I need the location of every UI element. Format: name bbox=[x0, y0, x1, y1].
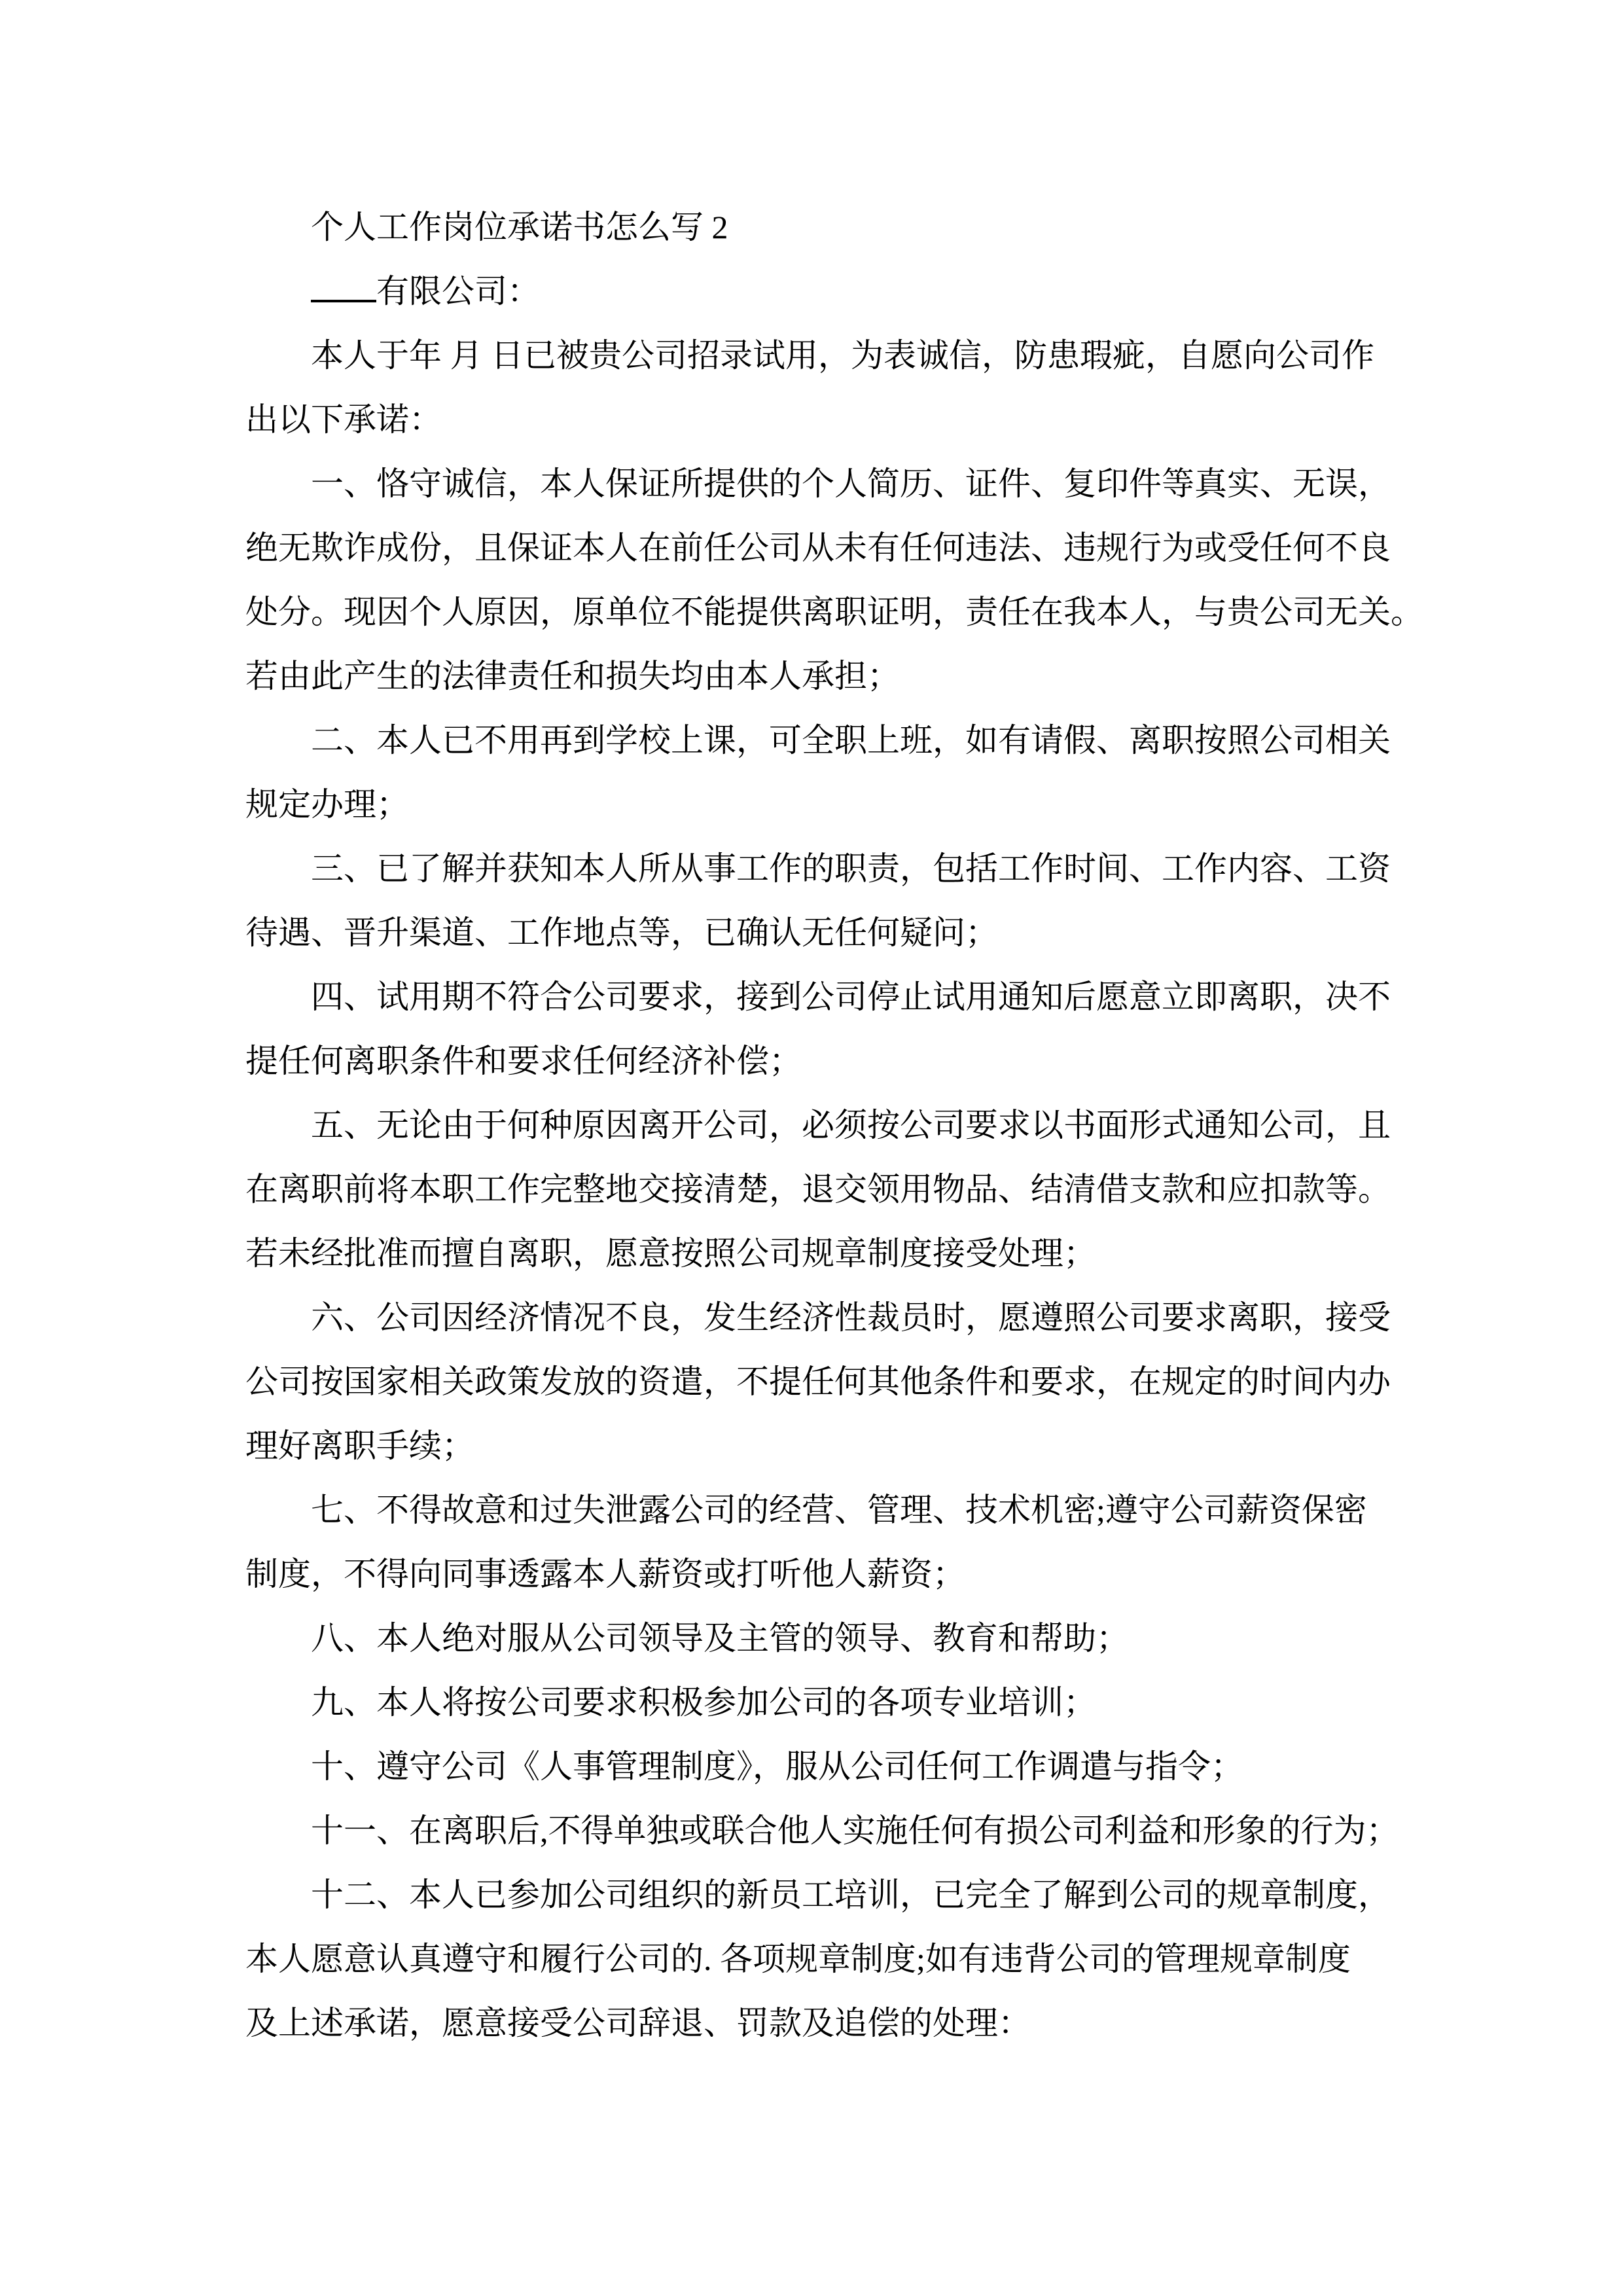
line-text: 规定办理； bbox=[245, 786, 409, 823]
line-text: 若由此产生的法律责任和损失均由本人承担； bbox=[245, 658, 900, 694]
line-text: 八、本人绝对服从公司领导及主管的领导、教育和帮助； bbox=[311, 1620, 1129, 1657]
text-line: 二、本人已不用再到学校上课，可全职上班，如有请假、离职按照公司相关 bbox=[245, 708, 1407, 772]
line-text: 待遇、晋升渠道、工作地点等，已确认无任何疑问； bbox=[245, 914, 998, 951]
line-text: 五、无论由于何种原因离开公司，必须按公司要求以书面形式通知公司，且 bbox=[311, 1107, 1391, 1143]
line-text: 公司按国家相关政策发放的资遣，不提任何其他条件和要求，在规定的时间内办 bbox=[245, 1363, 1391, 1400]
line-text: 本人愿意认真遵守和履行公司的. 各项规章制度;如有违背公司的管理规章制度 bbox=[245, 1941, 1351, 1977]
document-title: 个人工作岗位承诺书怎么写 2 bbox=[245, 195, 1407, 259]
company-line: 有限公司： bbox=[245, 259, 1407, 323]
text-line: 三、已了解并获知本人所从事工作的职责，包括工作时间、工作内容、工资 bbox=[245, 836, 1407, 901]
line-text: 六、公司因经济情况不良，发生经济性裁员时，愿遵照公司要求离职，接受 bbox=[311, 1299, 1391, 1336]
line-text: 十、遵守公司《人事管理制度》，服从公司任何工作调遣与指令； bbox=[311, 1748, 1243, 1785]
line-text: 制度，不得向同事透露本人薪资或打听他人薪资； bbox=[245, 1556, 965, 1592]
line-text: 处分。现因个人原因，原单位不能提供离职证明，责任在我本人，与贵公司无关。 bbox=[245, 594, 1423, 630]
text-line: 在离职前将本职工作完整地交接清楚，退交领用物品、结清借支款和应扣款等。 bbox=[245, 1157, 1407, 1221]
text-line: 七、不得故意和过失泄露公司的经营、管理、技术机密;遵守公司薪资保密 bbox=[245, 1478, 1407, 1542]
line-text: 十一、在离职后,不得单独或联合他人实施任何有损公司利益和形象的行为； bbox=[311, 1812, 1399, 1849]
line-text: 本人于年 月 日已被贵公司招录试用，为表诚信，防患瑕疵，自愿向公司作 bbox=[311, 337, 1374, 374]
line-text: 七、不得故意和过失泄露公司的经营、管理、技术机密;遵守公司薪资保密 bbox=[311, 1492, 1367, 1528]
line-text: 出以下承诺： bbox=[245, 401, 442, 438]
text-line: 若由此产生的法律责任和损失均由本人承担； bbox=[245, 644, 1407, 708]
line-text: 理好离职手续； bbox=[245, 1427, 474, 1464]
text-line: 四、试用期不符合公司要求，接到公司停止试用通知后愿意立即离职，决不 bbox=[245, 965, 1407, 1029]
line-text: 一、恪守诚信，本人保证所提供的个人简历、证件、复印件等真实、无误， bbox=[311, 465, 1391, 502]
text-line: 本人愿意认真遵守和履行公司的. 各项规章制度;如有违背公司的管理规章制度 bbox=[245, 1927, 1407, 1991]
text-line: 十一、在离职后,不得单独或联合他人实施任何有损公司利益和形象的行为； bbox=[245, 1799, 1407, 1863]
text-line: 绝无欺诈成份，且保证本人在前任公司从未有任何违法、违规行为或受任何不良 bbox=[245, 516, 1407, 580]
line-text: 绝无欺诈成份，且保证本人在前任公司从未有任何违法、违规行为或受任何不良 bbox=[245, 529, 1391, 566]
text-line: 十二、本人已参加公司组织的新员工培训，已完全了解到公司的规章制度， bbox=[245, 1863, 1407, 1927]
text-line: 制度，不得向同事透露本人薪资或打听他人薪资； bbox=[245, 1542, 1407, 1606]
text-line: 提任何离职条件和要求任何经济补偿； bbox=[245, 1029, 1407, 1093]
text-line: 及上述承诺，愿意接受公司辞退、罚款及追偿的处理： bbox=[245, 1991, 1407, 2055]
text-line: 九、本人将按公司要求积极参加公司的各项专业培训； bbox=[245, 1670, 1407, 1734]
fill-in-blank-underline bbox=[311, 270, 376, 302]
line-text: 九、本人将按公司要求积极参加公司的各项专业培训； bbox=[311, 1684, 1096, 1721]
text-line: 六、公司因经济情况不良，发生经济性裁员时，愿遵照公司要求离职，接受 bbox=[245, 1285, 1407, 1350]
text-line: 公司按国家相关政策发放的资遣，不提任何其他条件和要求，在规定的时间内办 bbox=[245, 1350, 1407, 1414]
line-text: 三、已了解并获知本人所从事工作的职责，包括工作时间、工作内容、工资 bbox=[311, 850, 1391, 887]
line-text: 四、试用期不符合公司要求，接到公司停止试用通知后愿意立即离职，决不 bbox=[311, 978, 1391, 1015]
line-text: 有限公司： bbox=[376, 273, 540, 310]
text-line: 本人于年 月 日已被贵公司招录试用，为表诚信，防患瑕疵，自愿向公司作 bbox=[245, 323, 1407, 387]
line-text: 提任何离职条件和要求任何经济补偿； bbox=[245, 1043, 802, 1079]
line-text: 在离职前将本职工作完整地交接清楚，退交领用物品、结清借支款和应扣款等。 bbox=[245, 1171, 1391, 1208]
commitment-letter-body: 个人工作岗位承诺书怎么写 2有限公司：本人于年 月 日已被贵公司招录试用，为表诚… bbox=[245, 195, 1407, 2055]
text-line: 规定办理； bbox=[245, 772, 1407, 836]
text-line: 待遇、晋升渠道、工作地点等，已确认无任何疑问； bbox=[245, 901, 1407, 965]
text-line: 处分。现因个人原因，原单位不能提供离职证明，责任在我本人，与贵公司无关。 bbox=[245, 580, 1407, 644]
line-text: 个人工作岗位承诺书怎么写 2 bbox=[311, 209, 728, 245]
line-text: 及上述承诺，愿意接受公司辞退、罚款及追偿的处理： bbox=[245, 2005, 1031, 2041]
line-text: 十二、本人已参加公司组织的新员工培训，已完全了解到公司的规章制度， bbox=[311, 1876, 1391, 1913]
text-line: 理好离职手续； bbox=[245, 1414, 1407, 1478]
text-line: 五、无论由于何种原因离开公司，必须按公司要求以书面形式通知公司，且 bbox=[245, 1093, 1407, 1157]
text-line: 若未经批准而擅自离职，愿意按照公司规章制度接受处理； bbox=[245, 1221, 1407, 1285]
text-line: 出以下承诺： bbox=[245, 387, 1407, 452]
line-text: 二、本人已不用再到学校上课，可全职上班，如有请假、离职按照公司相关 bbox=[311, 722, 1391, 759]
text-line: 一、恪守诚信，本人保证所提供的个人简历、证件、复印件等真实、无误， bbox=[245, 452, 1407, 516]
line-text: 若未经批准而擅自离职，愿意按照公司规章制度接受处理； bbox=[245, 1235, 1096, 1272]
text-line: 八、本人绝对服从公司领导及主管的领导、教育和帮助； bbox=[245, 1606, 1407, 1670]
text-line: 十、遵守公司《人事管理制度》，服从公司任何工作调遣与指令； bbox=[245, 1734, 1407, 1799]
document-page: 个人工作岗位承诺书怎么写 2有限公司：本人于年 月 日已被贵公司招录试用，为表诚… bbox=[0, 0, 1623, 2296]
